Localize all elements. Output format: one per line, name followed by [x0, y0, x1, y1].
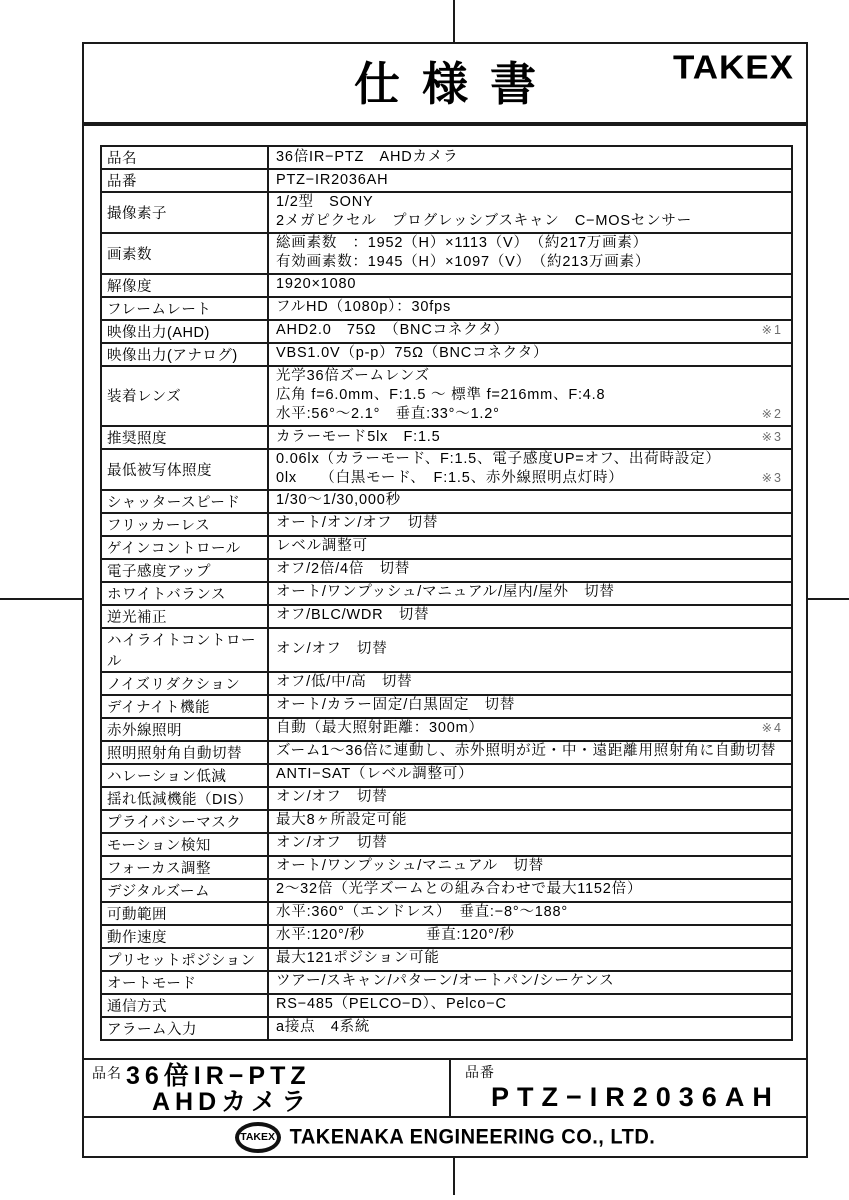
spec-label: 最低被写体照度 — [101, 449, 268, 490]
spec-row: ホワイトバランスオート/ワンプッシュ/マニュアル/屋内/屋外 切替 — [101, 582, 792, 605]
takex-oval-logo-icon: TAKEX — [235, 1122, 281, 1153]
sheet-frame: 仕様書 TAKEX 品名36倍IR−PTZ AHDカメラ品番PTZ−IR2036… — [82, 42, 808, 1158]
spec-row: 通信方式RS−485（PELCO−D）、Pelco−C — [101, 994, 792, 1017]
spec-value: 1/30～1/30,000秒 — [268, 490, 792, 513]
spec-value-line: オート/オン/オフ 切替 — [276, 514, 791, 533]
spec-value-line: カラーモード5lx F:1.5※3 — [276, 428, 791, 447]
spec-value-line: オート/カラー固定/白黒固定 切替 — [276, 696, 791, 715]
spec-value-line: PTZ−IR2036AH — [276, 171, 791, 190]
spec-label: 品番 — [101, 169, 268, 192]
crop-mark-right — [806, 598, 849, 600]
spec-sheet-page: 仕様書 TAKEX 品名36倍IR−PTZ AHDカメラ品番PTZ−IR2036… — [0, 0, 849, 1200]
spec-value: a接点 4系統 — [268, 1017, 792, 1040]
spec-label: 照明照射角自動切替 — [101, 741, 268, 764]
spec-label: 品名 — [101, 146, 268, 169]
spec-label: 動作速度 — [101, 925, 268, 948]
spec-row: デジタルズーム2～32倍（光学ズームとの組み合わせで最大1152倍） — [101, 879, 792, 902]
spec-value: 0.06lx（カラーモード、F:1.5、電子感度UP=オフ、出荷時設定）0lx … — [268, 449, 792, 490]
spec-row: フォーカス調整オート/ワンプッシュ/マニュアル 切替 — [101, 856, 792, 879]
product-name-label: 品名 — [92, 1063, 122, 1083]
spec-row: 映像出力(アナログ)VBS1.0V（p-p）75Ω（BNCコネクタ） — [101, 343, 792, 366]
spec-value: RS−485（PELCO−D）、Pelco−C — [268, 994, 792, 1017]
spec-value-line: 1/2型 SONY — [276, 193, 791, 212]
spec-label: 可動範囲 — [101, 902, 268, 925]
spec-label: フォーカス調整 — [101, 856, 268, 879]
spec-value-line: オン/オフ 切替 — [276, 640, 791, 659]
spec-row: アラーム入力a接点 4系統 — [101, 1017, 792, 1040]
spec-value-line: 2～32倍（光学ズームとの組み合わせで最大1152倍） — [276, 880, 791, 899]
spec-value: 総画素数 ：1952（H）×1113（V） （約217万画素）有効画素数：194… — [268, 233, 792, 274]
crop-mark-bottom — [453, 1157, 455, 1195]
spec-label: 画素数 — [101, 233, 268, 274]
spec-label: 揺れ低減機能（DIS） — [101, 787, 268, 810]
spec-value: オート/オン/オフ 切替 — [268, 513, 792, 536]
title-band: 仕様書 TAKEX — [84, 44, 806, 126]
spec-row: フリッカーレスオート/オン/オフ 切替 — [101, 513, 792, 536]
spec-value-line: オフ/BLC/WDR 切替 — [276, 606, 791, 625]
spec-label: ゲインコントロール — [101, 536, 268, 559]
spec-label: 赤外線照明 — [101, 718, 268, 741]
spec-value: 最大121ポジション可能 — [268, 948, 792, 971]
spec-row: モーション検知オン/オフ 切替 — [101, 833, 792, 856]
spec-value-line: ツアー/スキャン/パターン/オートパン/シーケンス — [276, 972, 791, 991]
spec-row: 可動範囲水平:360°（エンドレス） 垂直:−8°～188° — [101, 902, 792, 925]
spec-label: プライバシーマスク — [101, 810, 268, 833]
crop-mark-left — [0, 598, 83, 600]
product-number-value: PTZ−IR2036AH — [465, 1082, 802, 1112]
spec-value-line: 0lx （白黒モード、 F:1.5、赤外線照明点灯時）※3 — [276, 469, 791, 488]
spec-value: 水平:360°（エンドレス） 垂直:−8°～188° — [268, 902, 792, 925]
spec-value: オート/ワンプッシュ/マニュアル 切替 — [268, 856, 792, 879]
spec-row: 品名36倍IR−PTZ AHDカメラ — [101, 146, 792, 169]
spec-value: AHD2.0 75Ω （BNCコネクタ）※1 — [268, 320, 792, 343]
spec-label: 装着レンズ — [101, 366, 268, 426]
spec-label: 逆光補正 — [101, 605, 268, 628]
product-band: 品名 36倍IR−PTZ AHDカメラ 品番 PTZ−IR2036AH — [82, 1058, 808, 1118]
spec-label: 通信方式 — [101, 994, 268, 1017]
spec-row: 揺れ低減機能（DIS）オン/オフ 切替 — [101, 787, 792, 810]
company-name: TAKENAKA ENGINEERING CO., LTD. — [290, 1125, 656, 1149]
spec-value: オフ/BLC/WDR 切替 — [268, 605, 792, 628]
spec-label: プリセットポジション — [101, 948, 268, 971]
spec-value-line: 広角 f=6.0mm、F:1.5 ～ 標準 f=216mm、F:4.8 — [276, 386, 791, 405]
spec-value: 光学36倍ズームレンズ広角 f=6.0mm、F:1.5 ～ 標準 f=216mm… — [268, 366, 792, 426]
spec-label: 映像出力(アナログ) — [101, 343, 268, 366]
spec-value-line: オフ/低/中/高 切替 — [276, 673, 791, 692]
spec-value-line: 光学36倍ズームレンズ — [276, 367, 791, 386]
spec-value: 1920×1080 — [268, 274, 792, 297]
spec-label: オートモード — [101, 971, 268, 994]
product-name-cell: 品名 36倍IR−PTZ AHDカメラ — [84, 1060, 451, 1116]
spec-value-line: 0.06lx（カラーモード、F:1.5、電子感度UP=オフ、出荷時設定） — [276, 450, 791, 469]
spec-row: フレームレートフルHD（1080p）：30fps — [101, 297, 792, 320]
product-number-cell: 品番 PTZ−IR2036AH — [451, 1060, 806, 1116]
spec-value: 36倍IR−PTZ AHDカメラ — [268, 146, 792, 169]
spec-value: 水平:120°/秒 垂直:120°/秒 — [268, 925, 792, 948]
spec-value-line: 36倍IR−PTZ AHDカメラ — [276, 148, 791, 167]
spec-value-line: 総画素数 ：1952（H）×1113（V） （約217万画素） — [276, 234, 791, 253]
spec-row: ゲインコントロールレベル調整可 — [101, 536, 792, 559]
spec-label: 映像出力(AHD) — [101, 320, 268, 343]
spec-value-line: 1/30～1/30,000秒 — [276, 491, 791, 510]
spec-value-line: a接点 4系統 — [276, 1018, 791, 1037]
spec-value-line: 水平:56°～2.1° 垂直:33°～1.2°※2 — [276, 405, 791, 424]
crop-mark-top — [453, 0, 455, 43]
spec-value-line: オフ/2倍/4倍 切替 — [276, 560, 791, 579]
spec-label: フリッカーレス — [101, 513, 268, 536]
spec-value-line: 2メガピクセル プログレッシブスキャン C−MOSセンサー — [276, 212, 791, 231]
spec-label: ノイズリダクション — [101, 672, 268, 695]
spec-value: 1/2型 SONY2メガピクセル プログレッシブスキャン C−MOSセンサー — [268, 192, 792, 233]
spec-row: デイナイト機能オート/カラー固定/白黒固定 切替 — [101, 695, 792, 718]
takex-logo: TAKEX — [673, 49, 794, 87]
spec-row: 逆光補正オフ/BLC/WDR 切替 — [101, 605, 792, 628]
spec-row: 解像度1920×1080 — [101, 274, 792, 297]
spec-value: オフ/低/中/高 切替 — [268, 672, 792, 695]
spec-value-line: 1920×1080 — [276, 275, 791, 294]
spec-value: オフ/2倍/4倍 切替 — [268, 559, 792, 582]
spec-value-line: オート/ワンプッシュ/マニュアル/屋内/屋外 切替 — [276, 583, 791, 602]
spec-value-line: 水平:120°/秒 垂直:120°/秒 — [276, 926, 791, 945]
spec-label: ハイライトコントロール — [101, 628, 268, 672]
spec-row: 撮像素子1/2型 SONY2メガピクセル プログレッシブスキャン C−MOSセン… — [101, 192, 792, 233]
spec-value-line: レベル調整可 — [276, 537, 791, 556]
spec-value-line: AHD2.0 75Ω （BNCコネクタ）※1 — [276, 321, 791, 340]
spec-row: プライバシーマスク最大8ヶ所設定可能 — [101, 810, 792, 833]
spec-row: ハレーション低減ANTI−SAT（レベル調整可） — [101, 764, 792, 787]
spec-row: 品番PTZ−IR2036AH — [101, 169, 792, 192]
spec-value-line: 水平:360°（エンドレス） 垂直:−8°～188° — [276, 903, 791, 922]
spec-value: オン/オフ 切替 — [268, 833, 792, 856]
footnote-mark: ※3 — [762, 469, 783, 488]
spec-value-line: 自動（最大照射距離：300m）※4 — [276, 719, 791, 738]
spec-label: アラーム入力 — [101, 1017, 268, 1040]
spec-row: 最低被写体照度0.06lx（カラーモード、F:1.5、電子感度UP=オフ、出荷時… — [101, 449, 792, 490]
spec-label: フレームレート — [101, 297, 268, 320]
spec-value: PTZ−IR2036AH — [268, 169, 792, 192]
spec-value: ツアー/スキャン/パターン/オートパン/シーケンス — [268, 971, 792, 994]
footnote-mark: ※4 — [762, 719, 783, 738]
spec-label: デイナイト機能 — [101, 695, 268, 718]
spec-row: 赤外線照明自動（最大照射距離：300m）※4 — [101, 718, 792, 741]
spec-value-line: オン/オフ 切替 — [276, 788, 791, 807]
spec-row: プリセットポジション最大121ポジション可能 — [101, 948, 792, 971]
spec-table: 品名36倍IR−PTZ AHDカメラ品番PTZ−IR2036AH撮像素子1/2型… — [100, 145, 793, 1041]
spec-value-line: VBS1.0V（p-p）75Ω（BNCコネクタ） — [276, 344, 791, 363]
spec-label: 撮像素子 — [101, 192, 268, 233]
spec-value-line: 最大121ポジション可能 — [276, 949, 791, 968]
spec-row: 照明照射角自動切替ズーム1～36倍に連動し、赤外照明が近・中・遠距離用照射角に自… — [101, 741, 792, 764]
footnote-mark: ※1 — [762, 321, 783, 340]
spec-label: 電子感度アップ — [101, 559, 268, 582]
footnote-mark: ※3 — [762, 428, 783, 447]
product-name-line1: 36倍IR−PTZ — [126, 1063, 311, 1089]
spec-value-line: フルHD（1080p）：30fps — [276, 298, 791, 317]
spec-value-line: RS−485（PELCO−D）、Pelco−C — [276, 995, 791, 1014]
product-number-label: 品番 — [465, 1062, 802, 1082]
spec-row: 動作速度水平:120°/秒 垂直:120°/秒 — [101, 925, 792, 948]
spec-value: ANTI−SAT（レベル調整可） — [268, 764, 792, 787]
spec-value: オート/カラー固定/白黒固定 切替 — [268, 695, 792, 718]
spec-value: オン/オフ 切替 — [268, 628, 792, 672]
spec-value-line: 最大8ヶ所設定可能 — [276, 811, 791, 830]
product-name-line2: AHDカメラ — [126, 1089, 311, 1115]
spec-label: シャッタースピード — [101, 490, 268, 513]
spec-row: オートモードツアー/スキャン/パターン/オートパン/シーケンス — [101, 971, 792, 994]
spec-row: シャッタースピード1/30～1/30,000秒 — [101, 490, 792, 513]
spec-label: 推奨照度 — [101, 426, 268, 449]
footer-band: TAKEX TAKENAKA ENGINEERING CO., LTD. — [84, 1118, 806, 1156]
spec-label: 解像度 — [101, 274, 268, 297]
spec-value: オン/オフ 切替 — [268, 787, 792, 810]
spec-value-line: ANTI−SAT（レベル調整可） — [276, 765, 791, 784]
spec-label: デジタルズーム — [101, 879, 268, 902]
spec-row: 電子感度アップオフ/2倍/4倍 切替 — [101, 559, 792, 582]
spec-value: ズーム1～36倍に連動し、赤外照明が近・中・遠距離用照射角に自動切替 — [268, 741, 792, 764]
spec-table-body: 品名36倍IR−PTZ AHDカメラ品番PTZ−IR2036AH撮像素子1/2型… — [101, 146, 792, 1040]
spec-row: 画素数総画素数 ：1952（H）×1113（V） （約217万画素）有効画素数：… — [101, 233, 792, 274]
spec-row: ノイズリダクションオフ/低/中/高 切替 — [101, 672, 792, 695]
spec-label: ホワイトバランス — [101, 582, 268, 605]
spec-value-line: ズーム1～36倍に連動し、赤外照明が近・中・遠距離用照射角に自動切替 — [276, 742, 791, 761]
spec-value: 自動（最大照射距離：300m）※4 — [268, 718, 792, 741]
spec-row: 映像出力(AHD)AHD2.0 75Ω （BNCコネクタ）※1 — [101, 320, 792, 343]
spec-value-line: オン/オフ 切替 — [276, 834, 791, 853]
spec-row: ハイライトコントロールオン/オフ 切替 — [101, 628, 792, 672]
spec-row: 装着レンズ光学36倍ズームレンズ広角 f=6.0mm、F:1.5 ～ 標準 f=… — [101, 366, 792, 426]
spec-value-line: 有効画素数：1945（H）×1097（V） （約213万画素） — [276, 253, 791, 272]
spec-label: モーション検知 — [101, 833, 268, 856]
spec-label: ハレーション低減 — [101, 764, 268, 787]
spec-value: オート/ワンプッシュ/マニュアル/屋内/屋外 切替 — [268, 582, 792, 605]
spec-row: 推奨照度カラーモード5lx F:1.5※3 — [101, 426, 792, 449]
spec-value: カラーモード5lx F:1.5※3 — [268, 426, 792, 449]
spec-value: 最大8ヶ所設定可能 — [268, 810, 792, 833]
spec-value-line: オート/ワンプッシュ/マニュアル 切替 — [276, 857, 791, 876]
spec-value: VBS1.0V（p-p）75Ω（BNCコネクタ） — [268, 343, 792, 366]
spec-value: フルHD（1080p）：30fps — [268, 297, 792, 320]
spec-value: 2～32倍（光学ズームとの組み合わせで最大1152倍） — [268, 879, 792, 902]
footnote-mark: ※2 — [762, 405, 783, 424]
spec-value: レベル調整可 — [268, 536, 792, 559]
